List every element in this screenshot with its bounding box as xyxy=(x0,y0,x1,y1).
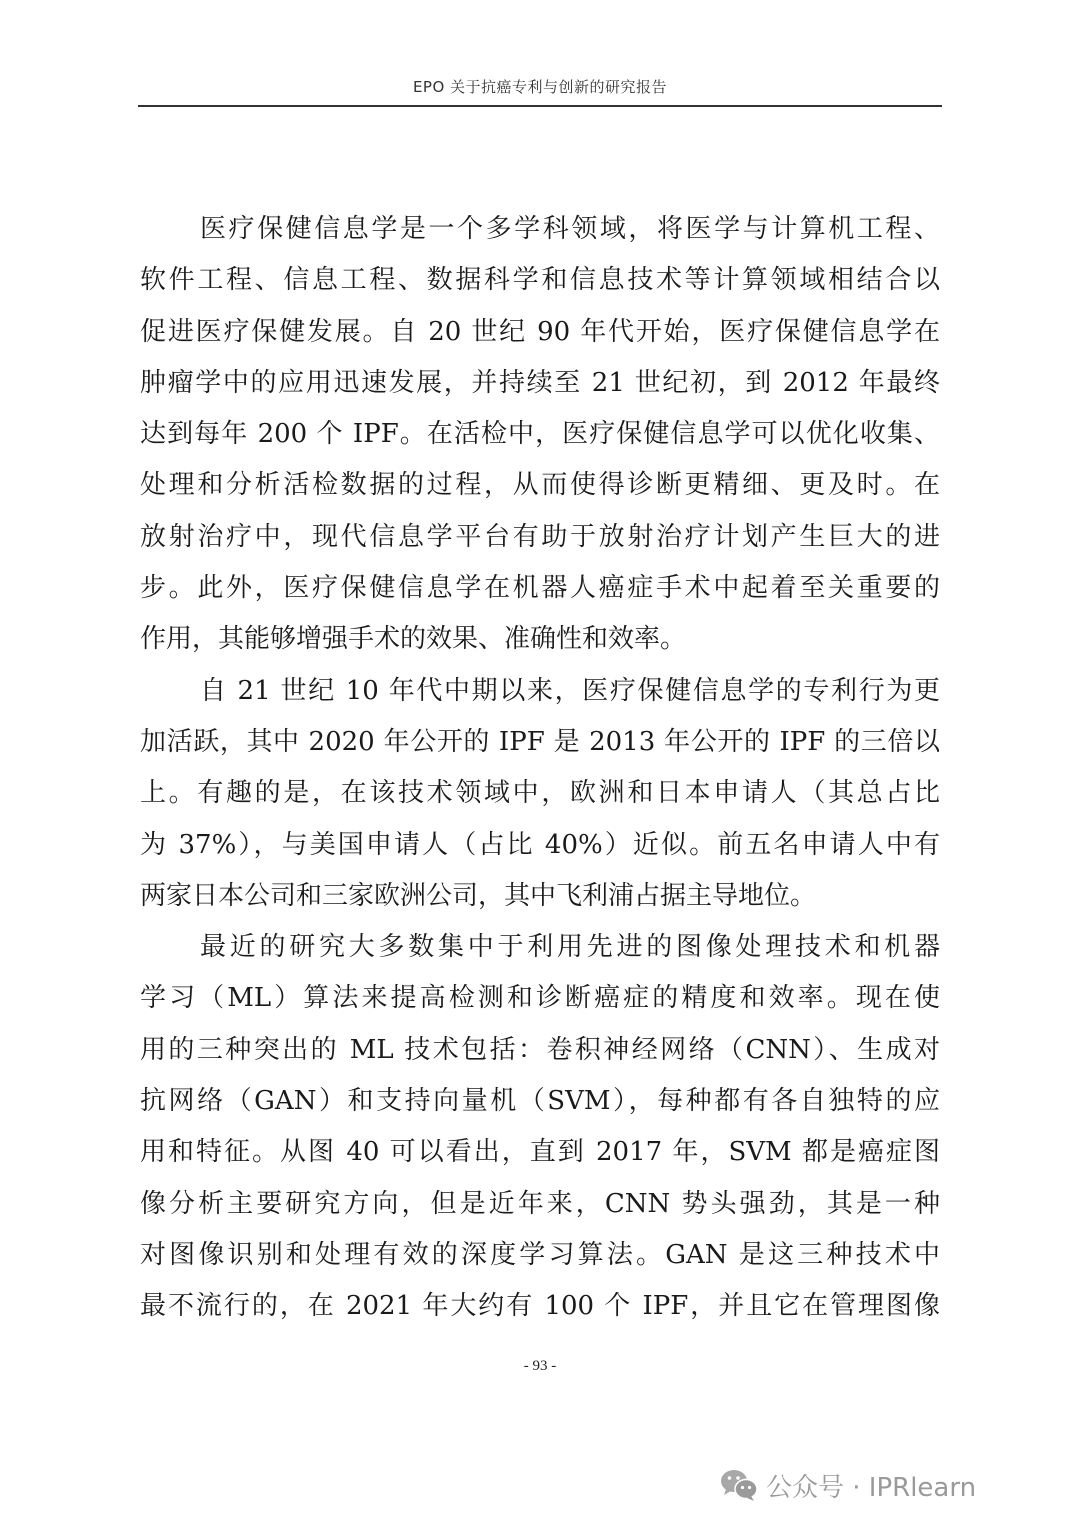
text-line: 对图像识别和处理有效的深度学习算法。GAN 是这三种技术中 xyxy=(140,1230,940,1281)
text-line: 像分析主要研究方向，但是近年来，CNN 势头强劲，其是一种 xyxy=(140,1179,940,1230)
paragraph-1: 医疗保健信息学是一个多学科领域，将医学与计算机工程、 软件工程、信息工程、数据科… xyxy=(140,204,940,666)
text-line: 最不流行的，在 2021 年大约有 100 个 IPF，并且它在管理图像 xyxy=(140,1281,940,1332)
text-line: 两家日本公司和三家欧洲公司，其中飞利浦占据主导地位。 xyxy=(140,871,940,922)
body-text: 医疗保健信息学是一个多学科领域，将医学与计算机工程、 软件工程、信息工程、数据科… xyxy=(140,204,940,1333)
text-line: 肿瘤学中的应用迅速发展，并持续至 21 世纪初，到 2012 年最终 xyxy=(140,358,940,409)
text-line: 处理和分析活检数据的过程，从而使得诊断更精细、更及时。在 xyxy=(140,460,940,511)
text-line: 学习（ML）算法来提高检测和诊断癌症的精度和效率。现在使 xyxy=(140,973,940,1024)
text-line: 用的三种突出的 ML 技术包括：卷积神经网络（CNN）、生成对 xyxy=(140,1025,940,1076)
text-line: 促进医疗保健发展。自 20 世纪 90 年代开始，医疗保健信息学在 xyxy=(140,307,940,358)
text-line: 放射治疗中，现代信息学平台有助于放射治疗计划产生巨大的进 xyxy=(140,512,940,563)
text-line: 为 37%），与美国申请人（占比 40%）近似。前五名申请人中有 xyxy=(140,820,940,871)
text-line: 软件工程、信息工程、数据科学和信息技术等计算领域相结合以 xyxy=(140,255,940,306)
page-number: - 93 - xyxy=(0,1358,1080,1375)
text-line: 上。有趣的是，在该技术领域中，欧洲和日本申请人（其总占比 xyxy=(140,768,940,819)
text-line: 抗网络（GAN）和支持向量机（SVM），每种都有各自独特的应 xyxy=(140,1076,940,1127)
text-line: 加活跃，其中 2020 年公开的 IPF 是 2013 年公开的 IPF 的三倍… xyxy=(140,717,940,768)
wechat-icon xyxy=(720,1468,758,1502)
watermark-text: 公众号 · IPRlearn xyxy=(766,1467,976,1504)
text-line: 自 21 世纪 10 年代中期以来，医疗保健信息学的专利行为更 xyxy=(140,666,940,717)
text-line: 作用，其能够增强手术的效果、准确性和效率。 xyxy=(140,614,940,665)
text-line: 达到每年 200 个 IPF。在活检中，医疗保健信息学可以优化收集、 xyxy=(140,409,940,460)
text-line: 最近的研究大多数集中于利用先进的图像处理技术和机器 xyxy=(140,922,940,973)
paragraph-2: 自 21 世纪 10 年代中期以来，医疗保健信息学的专利行为更 加活跃，其中 2… xyxy=(140,666,940,922)
watermark: 公众号 · IPRlearn xyxy=(720,1465,976,1505)
paragraph-3: 最近的研究大多数集中于利用先进的图像处理技术和机器 学习（ML）算法来提高检测和… xyxy=(140,922,940,1332)
text-line: 步。此外，医疗保健信息学在机器人癌症手术中起着至关重要的 xyxy=(140,563,940,614)
running-header: EPO 关于抗癌专利与创新的研究报告 xyxy=(0,76,1080,97)
text-line: 医疗保健信息学是一个多学科领域，将医学与计算机工程、 xyxy=(140,204,940,255)
header-divider xyxy=(138,105,942,107)
text-line: 用和特征。从图 40 可以看出，直到 2017 年，SVM 都是癌症图 xyxy=(140,1127,940,1178)
